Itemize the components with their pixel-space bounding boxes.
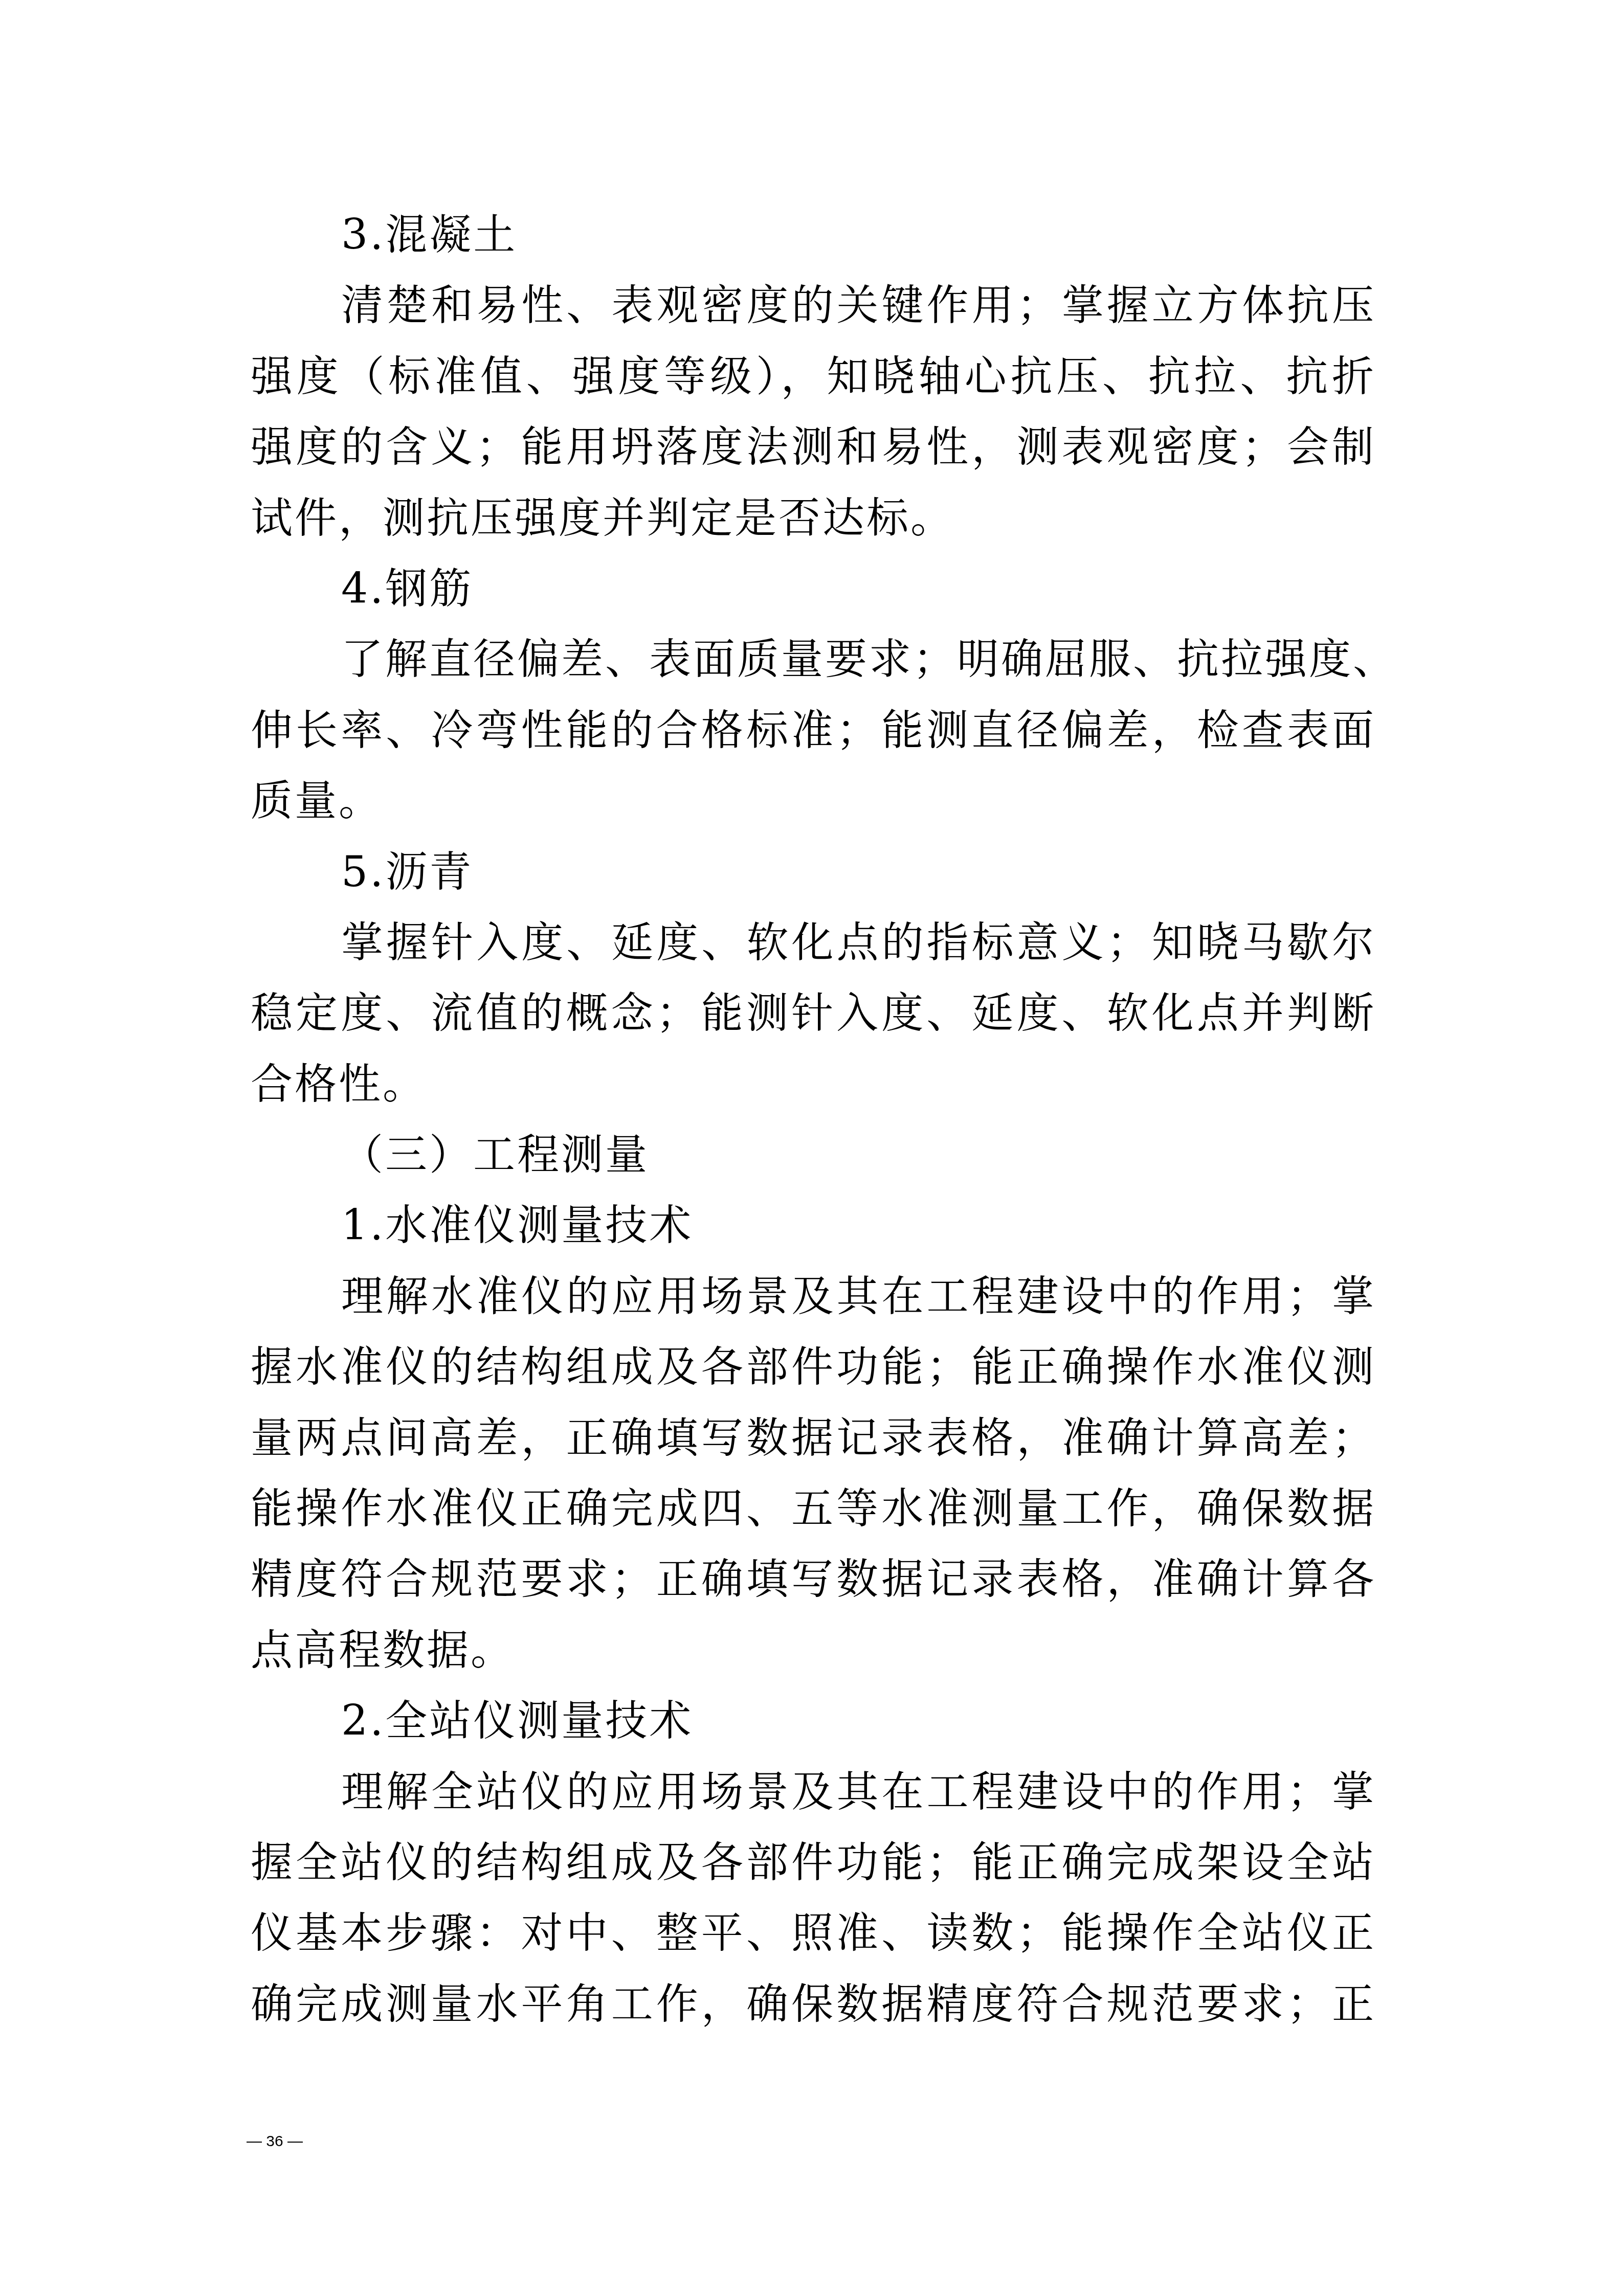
paragraph-line: 强度（标准值、强度等级），知晓轴心抗压、抗拉、抗折 xyxy=(251,351,1376,422)
page-number: — 36 — xyxy=(247,2131,303,2152)
paragraph-line: 握水准仪的结构组成及各部件功能；能正确操作水准仪测 xyxy=(251,1342,1376,1412)
subheading-rebar: 4.钢筋 xyxy=(251,564,1376,634)
document-body: 3.混凝土 清楚和易性、表观密度的关键作用；掌握立方体抗压 强度（标准值、强度等… xyxy=(251,210,1376,2050)
paragraph-line: 仪基本步骤：对中、整平、照准、读数；能操作全站仪正 xyxy=(251,1908,1376,1978)
paragraph-line: 掌握针入度、延度、软化点的指标意义；知晓马歇尔 xyxy=(251,917,1376,988)
subheading-concrete: 3.混凝土 xyxy=(251,210,1376,280)
paragraph-line: 量两点间高差，正确填写数据记录表格，准确计算高差； xyxy=(251,1413,1376,1483)
subheading-asphalt: 5.沥青 xyxy=(251,847,1376,917)
paragraph-line: 试件，测抗压强度并判定是否达标。 xyxy=(251,493,1376,564)
subheading-total-station-survey: 2.全站仪测量技术 xyxy=(251,1696,1376,1766)
paragraph-line: 能操作水准仪正确完成四、五等水准测量工作，确保数据 xyxy=(251,1483,1376,1554)
paragraph-line: 理解全站仪的应用场景及其在工程建设中的作用；掌 xyxy=(251,1767,1376,1837)
paragraph-line: 握全站仪的结构组成及各部件功能；能正确完成架设全站 xyxy=(251,1837,1376,1908)
paragraph-line: 合格性。 xyxy=(251,1059,1376,1130)
paragraph-line: 确完成测量水平角工作，确保数据精度符合规范要求；正 xyxy=(251,1979,1376,2050)
paragraph-line: 质量。 xyxy=(251,776,1376,846)
paragraph-line: 清楚和易性、表观密度的关键作用；掌握立方体抗压 xyxy=(251,280,1376,351)
paragraph-line: 点高程数据。 xyxy=(251,1625,1376,1696)
paragraph-line: 精度符合规范要求；正确填写数据记录表格，准确计算各 xyxy=(251,1554,1376,1625)
paragraph-line: 强度的含义；能用坍落度法测和易性，测表观密度；会制 xyxy=(251,422,1376,492)
subheading-level-survey: 1.水准仪测量技术 xyxy=(251,1200,1376,1271)
paragraph-line: 稳定度、流值的概念；能测针入度、延度、软化点并判断 xyxy=(251,988,1376,1059)
section-heading-engineering-survey: （三）工程测量 xyxy=(251,1130,1376,1200)
paragraph-line: 理解水准仪的应用场景及其在工程建设中的作用；掌 xyxy=(251,1271,1376,1342)
document-page: 3.混凝土 清楚和易性、表观密度的关键作用；掌握立方体抗压 强度（标准值、强度等… xyxy=(0,0,1624,2296)
paragraph-line: 了解直径偏差、表面质量要求；明确屈服、抗拉强度、 xyxy=(251,634,1376,705)
paragraph-line: 伸长率、冷弯性能的合格标准；能测直径偏差，检查表面 xyxy=(251,705,1376,776)
